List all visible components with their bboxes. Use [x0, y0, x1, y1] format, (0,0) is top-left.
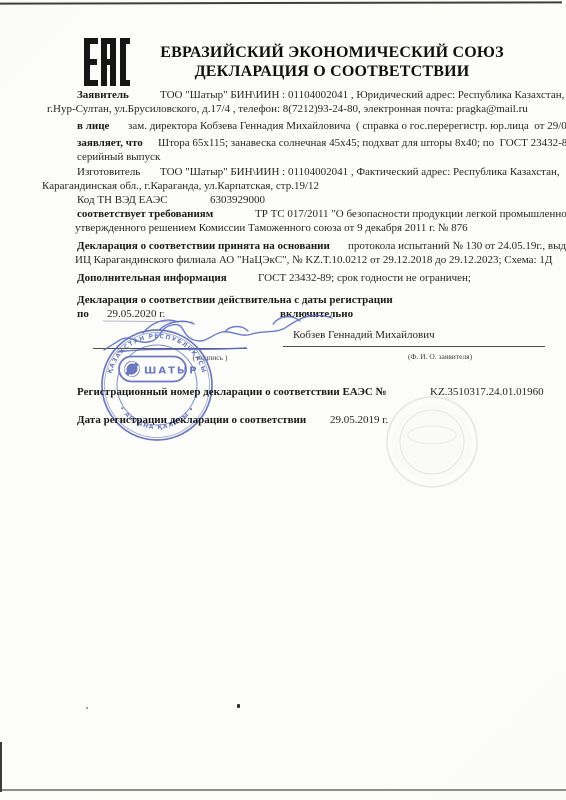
complies-value: ТР ТС 017/2011 "О безопасности продукции…	[255, 208, 566, 221]
scan-edge-bottom	[0, 789, 566, 791]
in-person-label: в лице	[77, 120, 109, 133]
basis-value-cont: ИЦ Карагандинского филиала АО "НаЦЭкС", …	[75, 254, 552, 267]
scan-speck	[86, 707, 88, 709]
title-line-2: ДЕКЛАРАЦИЯ О СООТВЕТСТВИИ	[148, 63, 516, 82]
reg-date-value: 29.05.2019 г.	[330, 414, 388, 427]
applicant-label: Заявитель	[77, 89, 129, 102]
applicant-value-cont: г.Нур-Султан, ул.Брусиловского, д.17/4 ,…	[47, 103, 528, 116]
eac-mark-icon	[84, 38, 130, 86]
declares-value-cont: серийный выпуск	[77, 151, 160, 164]
document-title: ЕВРАЗИЙСКИЙ ЭКОНОМИЧЕСКИЙ СОЮЗ ДЕКЛАРАЦИ…	[148, 44, 516, 81]
signature	[95, 305, 345, 365]
stamp-center-text: ШАТЫР	[144, 366, 199, 377]
faint-stamp-impression	[385, 395, 481, 493]
title-line-1: ЕВРАЗИЙСКИЙ ЭКОНОМИЧЕСКИЙ СОЮЗ	[148, 44, 516, 63]
manufacturer-value-cont: Карагандинская обл., г.Караганда, ул.Кар…	[42, 180, 319, 193]
tnved-code-value: 6303929000	[210, 194, 265, 207]
basis-label: Декларация о соответствии принята на осн…	[77, 240, 330, 253]
declaration-document-page: ЕВРАЗИЙСКИЙ ЭКОНОМИЧЕСКИЙ СОЮЗ ДЕКЛАРАЦИ…	[0, 0, 566, 800]
additional-info-label: Дополнительная информация	[77, 272, 227, 285]
name-caption: (Ф. И. О. заявителя)	[408, 350, 472, 363]
basis-value: протокола испытаний № 130 от 24.05.19г.,…	[348, 240, 566, 253]
declares-value: Штора 65х115; занавеска солнечная 45х45;…	[158, 137, 566, 150]
scan-speck	[237, 704, 240, 708]
complies-label: соответствует требованиям	[77, 208, 213, 221]
manufacturer-label: Изготовитель	[77, 166, 140, 179]
valid-until-label: по	[77, 308, 89, 321]
complies-value-cont: утвержденного решением Комиссии Таможенн…	[75, 222, 468, 235]
manufacturer-value: ТОО "Шатыр" БИН\ИИН : 01104002041 , Факт…	[160, 166, 560, 179]
reg-date-label: Дата регистрации декларации о соответств…	[77, 414, 306, 427]
scan-edge-left	[0, 742, 2, 792]
reg-number-label: Регистрационный номер декларации о соотв…	[77, 386, 387, 399]
additional-info-value: ГОСТ 23432-89; срок годности не ограниче…	[258, 272, 471, 285]
in-person-value: зам. директора Кобзева Геннадия Михайлов…	[128, 120, 566, 133]
scan-edge-top	[0, 1, 562, 4]
declares-label: заявляет, что	[77, 137, 143, 150]
applicant-value: ТОО "Шатыр" БИН\ИИН : 01104002041 , Юрид…	[160, 89, 564, 102]
tnved-code-label: Код ТН ВЭД ЕАЭС	[77, 194, 168, 207]
